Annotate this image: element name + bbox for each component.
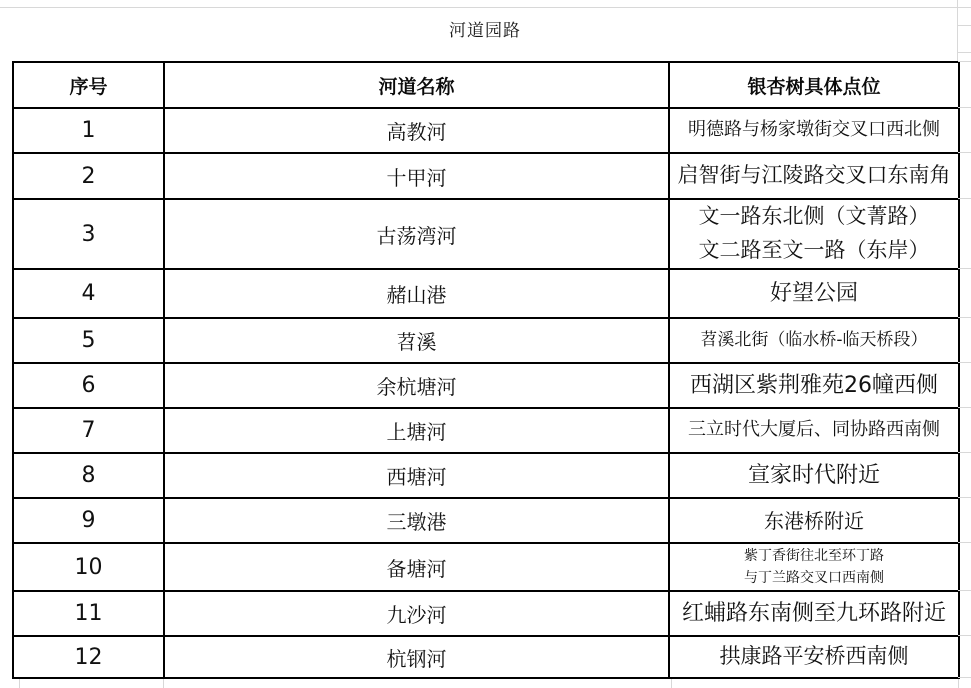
location-line: 启智街与江陵路交叉口东南角 xyxy=(670,159,958,193)
location-line: 紫丁香街往北至环丁路 xyxy=(670,545,958,567)
location-line: 宣家时代附近 xyxy=(670,458,958,493)
table-row: 8西塘河宣家时代附近 xyxy=(13,453,959,498)
cell-river: 余杭塘河 xyxy=(164,363,669,408)
location-line: 拱康路平安桥西南侧 xyxy=(670,640,958,674)
cell-location: 紫丁香街往北至环丁路与丁兰路交叉口西南侧 xyxy=(669,543,959,591)
sheet-gridline xyxy=(958,452,971,453)
table-row: 6余杭塘河西湖区紫荆雅苑26幢西侧 xyxy=(13,363,959,408)
sheet-gridline xyxy=(958,590,971,591)
location-line: 明德路与杨家墩街交叉口西北侧 xyxy=(670,116,958,145)
sheet-gridline xyxy=(958,635,971,636)
location-line: 文一路东北侧（文菁路） xyxy=(670,200,958,234)
cell-river: 十甲河 xyxy=(164,153,669,199)
cell-no: 6 xyxy=(13,363,164,408)
cell-no: 5 xyxy=(13,318,164,363)
cell-location: 西湖区紫荆雅苑26幢西侧 xyxy=(669,363,959,408)
table-body: 1高教河明德路与杨家墩街交叉口西北侧2十甲河启智街与江陵路交叉口东南角3古荡湾河… xyxy=(13,108,959,678)
location-line: 西湖区紫荆雅苑26幢西侧 xyxy=(670,368,958,403)
table-row: 1高教河明德路与杨家墩街交叉口西北侧 xyxy=(13,108,959,153)
table-row: 9三墩港东港桥附近 xyxy=(13,498,959,543)
header-cell-location: 银杏树具体点位 xyxy=(669,62,959,108)
table-row: 3古荡湾河文一路东北侧（文菁路）文二路至文一路（东岸） xyxy=(13,199,959,269)
sheet-gridline xyxy=(958,25,971,26)
table-row: 7上塘河三立时代大厦后、同协路西南侧 xyxy=(13,408,959,453)
cell-river: 三墩港 xyxy=(164,498,669,543)
cell-river: 苕溪 xyxy=(164,318,669,363)
cell-location: 拱康路平安桥西南侧 xyxy=(669,636,959,678)
sheet-gridline xyxy=(958,152,971,153)
sheet-gridline xyxy=(958,317,971,318)
cell-location: 苕溪北街（临水桥-临天桥段） xyxy=(669,318,959,363)
cell-no: 9 xyxy=(13,498,164,543)
sheet-title: 河道园路 xyxy=(12,16,958,41)
river-ginkgo-table: 序号 河道名称 银杏树具体点位 1高教河明德路与杨家墩街交叉口西北侧2十甲河启智… xyxy=(12,61,960,679)
cell-location: 好望公园 xyxy=(669,269,959,318)
table-row: 10备塘河紫丁香街往北至环丁路与丁兰路交叉口西南侧 xyxy=(13,543,959,591)
cell-no: 11 xyxy=(13,591,164,636)
location-line: 东港桥附近 xyxy=(670,505,958,537)
cell-no: 12 xyxy=(13,636,164,678)
header-cell-no: 序号 xyxy=(13,62,164,108)
cell-no: 7 xyxy=(13,408,164,453)
location-line: 红蜅路东南侧至九环路附近 xyxy=(670,596,958,631)
table-row: 11九沙河红蜅路东南侧至九环路附近 xyxy=(13,591,959,636)
cell-no: 8 xyxy=(13,453,164,498)
sheet-gridline xyxy=(958,268,971,269)
cell-no: 4 xyxy=(13,269,164,318)
table-row: 12杭钢河拱康路平安桥西南侧 xyxy=(13,636,959,678)
cell-location: 东港桥附近 xyxy=(669,498,959,543)
table-row: 2十甲河启智街与江陵路交叉口东南角 xyxy=(13,153,959,199)
sheet-gridline xyxy=(958,198,971,199)
cell-location: 三立时代大厦后、同协路西南侧 xyxy=(669,408,959,453)
cell-river: 赭山港 xyxy=(164,269,669,318)
table-row: 5苕溪苕溪北街（临水桥-临天桥段） xyxy=(13,318,959,363)
cell-river: 九沙河 xyxy=(164,591,669,636)
cell-river: 高教河 xyxy=(164,108,669,153)
cell-no: 2 xyxy=(13,153,164,199)
sheet-gridline xyxy=(0,7,971,8)
cell-river: 古荡湾河 xyxy=(164,199,669,269)
location-line: 文二路至文一路（东岸） xyxy=(670,234,958,268)
cell-river: 杭钢河 xyxy=(164,636,669,678)
sheet-gridline xyxy=(958,542,971,543)
spreadsheet-canvas: 河道园路 序号 河道名称 银杏树具体点位 1高教河明德路与杨家墩街交叉口西北侧2… xyxy=(0,0,971,688)
cell-location: 启智街与江陵路交叉口东南角 xyxy=(669,153,959,199)
cell-no: 10 xyxy=(13,543,164,591)
sheet-gridline xyxy=(958,407,971,408)
sheet-gridline xyxy=(958,107,971,108)
cell-no: 1 xyxy=(13,108,164,153)
location-line: 与丁兰路交叉口西南侧 xyxy=(670,567,958,589)
cell-location: 明德路与杨家墩街交叉口西北侧 xyxy=(669,108,959,153)
cell-location: 宣家时代附近 xyxy=(669,453,959,498)
sheet-gridline xyxy=(958,677,971,678)
sheet-gridline xyxy=(958,61,971,62)
sheet-gridline xyxy=(958,497,971,498)
cell-location: 文一路东北侧（文菁路）文二路至文一路（东岸） xyxy=(669,199,959,269)
location-line: 好望公园 xyxy=(670,276,958,311)
cell-river: 备塘河 xyxy=(164,543,669,591)
header-cell-river: 河道名称 xyxy=(164,62,669,108)
cell-location: 红蜅路东南侧至九环路附近 xyxy=(669,591,959,636)
cell-no: 3 xyxy=(13,199,164,269)
table-row: 4赭山港好望公园 xyxy=(13,269,959,318)
cell-river: 上塘河 xyxy=(164,408,669,453)
cell-river: 西塘河 xyxy=(164,453,669,498)
sheet-gridline xyxy=(958,52,971,53)
header-row: 序号 河道名称 银杏树具体点位 xyxy=(13,62,959,108)
location-line: 三立时代大厦后、同协路西南侧 xyxy=(670,416,958,445)
location-line: 苕溪北街（临水桥-临天桥段） xyxy=(670,327,958,354)
sheet-gridline xyxy=(958,362,971,363)
